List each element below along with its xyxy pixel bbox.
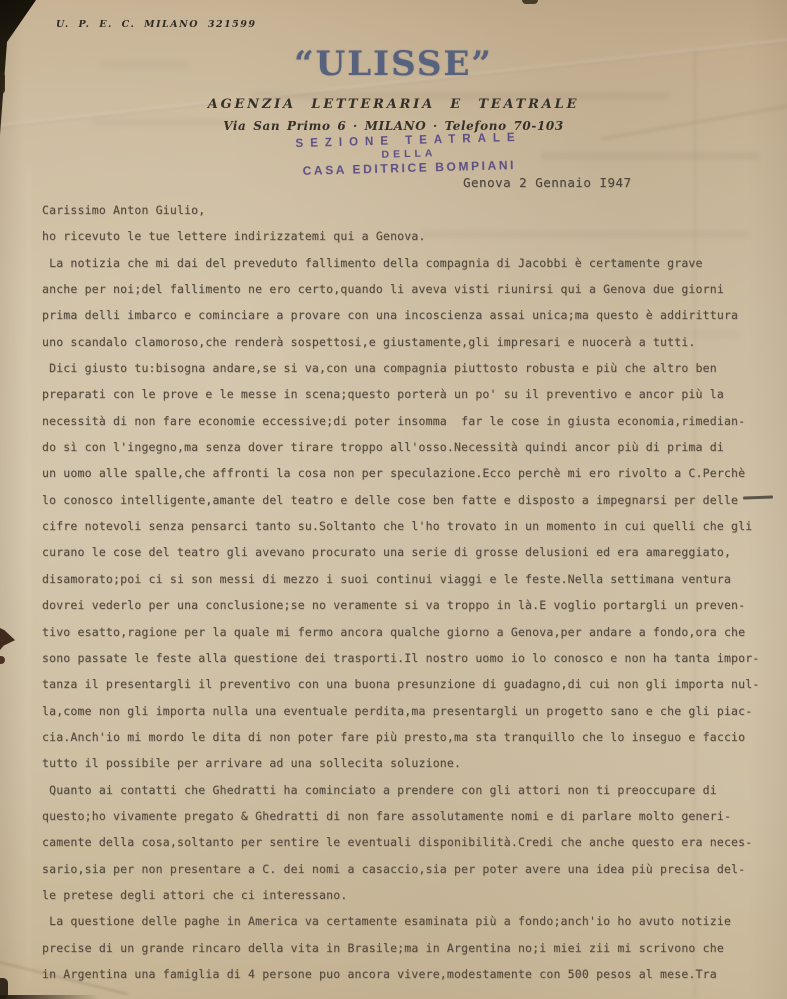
paper-crease bbox=[28, 170, 30, 980]
paper-edge-mark bbox=[0, 978, 8, 999]
typed-line: in Argentina una famiglia di 4 persone p… bbox=[42, 961, 782, 987]
typed-line: necessità di non fare economie eccessive… bbox=[42, 408, 782, 434]
typed-line: preparati con le prove e le messe in sce… bbox=[42, 381, 782, 407]
typed-line: Quanto ai contatti che Ghedratti ha comi… bbox=[42, 777, 782, 803]
paper-edge-shadow bbox=[0, 995, 100, 999]
typed-line: questo;ho vivamente pregato & Ghedratti … bbox=[42, 803, 782, 829]
typed-line: un uomo alle spalle,che affronti la cosa… bbox=[42, 460, 782, 486]
typed-line: camente della cosa,soltanto per sentire … bbox=[42, 829, 782, 855]
scanned-letter-page: U. P. E. C. MILANO 321599 “ULISSE” AGENZ… bbox=[0, 0, 787, 999]
typed-line: anche per noi;del fallimento ne ero cert… bbox=[42, 276, 782, 302]
letterhead-address: Via San Primo 6 · MILANO · Telefono 70-1… bbox=[0, 119, 787, 133]
ink-bleedthrough bbox=[540, 152, 760, 160]
typed-line: curano le cose del teatro gli avevano pr… bbox=[42, 539, 782, 565]
letterhead-subtitle: AGENZIA LETTERARIA E TEATRALE bbox=[0, 97, 787, 112]
paper-edge-nick bbox=[522, 0, 538, 4]
typed-line: sario,sia per non presentare a C. dei no… bbox=[42, 856, 782, 882]
typed-line: ho ricevuto le tue lettere indirizzatemi… bbox=[42, 223, 782, 249]
letterhead-title: “ULISSE” bbox=[0, 44, 787, 84]
typed-line: disamorato;poi ci si son messi di mezzo … bbox=[42, 566, 782, 592]
typed-line: dovrei vederlo per una conclusione;se no… bbox=[42, 592, 782, 618]
typed-line: cia.Anch'io mi mordo le dita di non pote… bbox=[42, 724, 782, 750]
dateline: Genova 2 Gennaio I947 bbox=[463, 175, 632, 190]
paper-edge-tear bbox=[0, 628, 15, 650]
letter-body: Carissimo Anton Giulio, ho ricevuto le t… bbox=[42, 197, 782, 987]
typed-line: la,come non gli importa nulla una eventu… bbox=[42, 698, 782, 724]
typed-line: lo conosco intelligente,amante del teatr… bbox=[42, 487, 782, 513]
typed-line: tivo esatto,ragione per la quale mi ferm… bbox=[42, 619, 782, 645]
typed-line: La notizia che mi dai del preveduto fall… bbox=[42, 250, 782, 276]
bompiani-rubber-stamp: SEZIONE TEATRALE DELLA CASA EDITRICE BOM… bbox=[282, 130, 535, 179]
typed-line: uno scandalo clamoroso,che renderà sospe… bbox=[42, 329, 782, 355]
typed-line: sono passate le feste alla questione dei… bbox=[42, 645, 782, 671]
typed-line: Carissimo Anton Giulio, bbox=[42, 197, 782, 223]
typed-line: cifre notevoli senza pensarci tanto su.S… bbox=[42, 513, 782, 539]
typed-line: La questione delle paghe in America va c… bbox=[42, 908, 782, 934]
typed-line: prima delli imbarco e cominciare a prova… bbox=[42, 302, 782, 328]
typed-line: precise di un grande rincaro della vita … bbox=[42, 935, 782, 961]
typed-line: tanza il presentargli il preventivo con … bbox=[42, 671, 782, 697]
typed-line: Dici giusto tu:bisogna andare,se si va,c… bbox=[42, 355, 782, 381]
registration-mark: U. P. E. C. MILANO 321599 bbox=[56, 19, 257, 30]
typed-line: do sì con l'ingegno,ma senza dover tirar… bbox=[42, 434, 782, 460]
paper-edge-spot bbox=[0, 656, 5, 664]
typed-line: tutto il possibile per arrivare ad una s… bbox=[42, 750, 782, 776]
typed-line: le pretese degli attori che ci interessa… bbox=[42, 882, 782, 908]
